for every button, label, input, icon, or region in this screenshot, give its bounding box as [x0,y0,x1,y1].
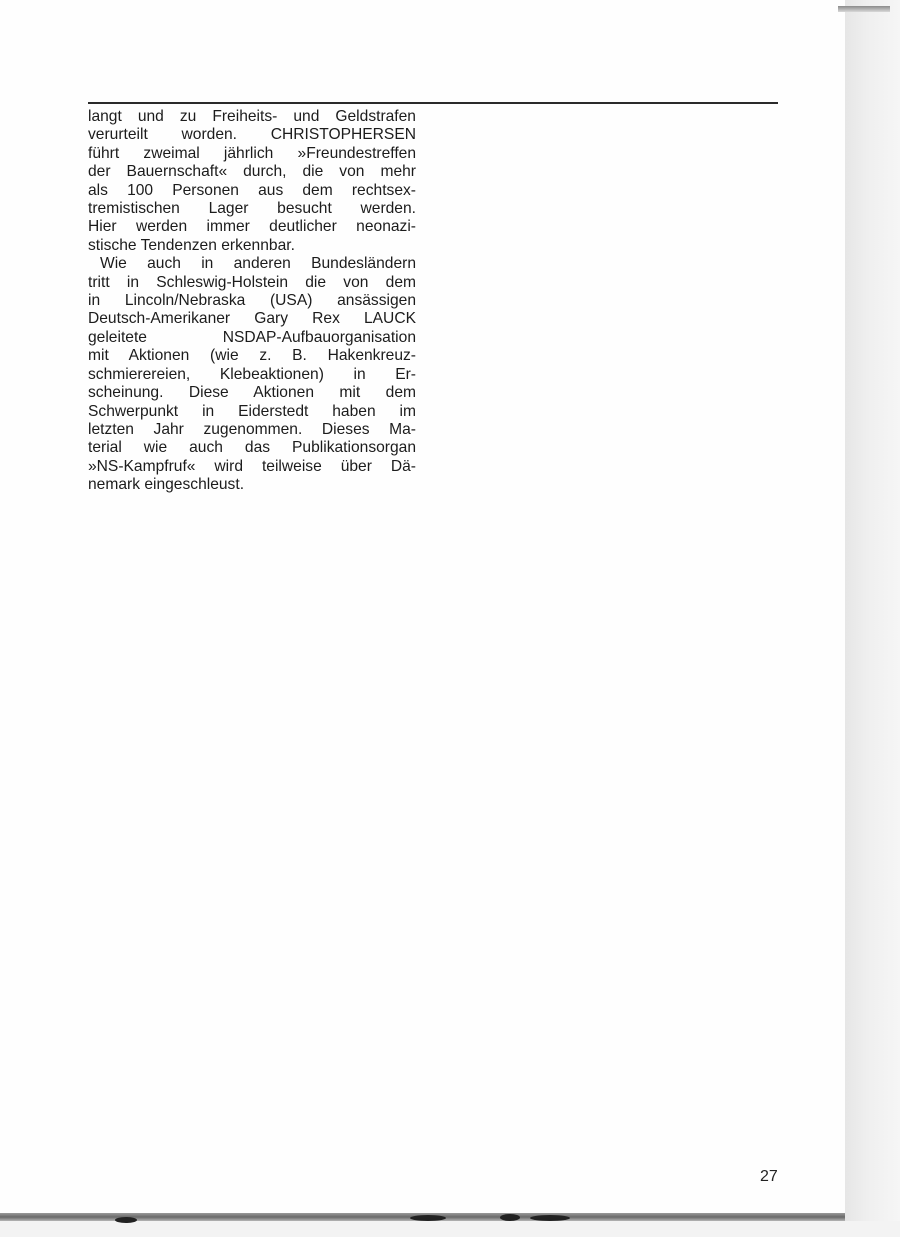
scan-artifact [500,1214,520,1221]
scan-artifact [410,1215,446,1221]
text-line: verurteilt worden. CHRISTOPHERSEN [88,126,416,144]
text-line: führt zweimal jährlich »Freundestreffen [88,145,416,163]
scan-artifact [530,1215,570,1221]
scan-margin [0,1221,900,1237]
text-line: in Lincoln/Nebraska (USA) ansässigen [88,292,416,310]
text-line: mit Aktionen (wie z. B. Hakenkreuz- [88,347,416,365]
text-line: der Bauernschaft« durch, die von mehr [88,163,416,181]
text-line: langt und zu Freiheits- und Geldstrafen [88,108,416,126]
text-line: stische Tendenzen erkennbar. [88,237,416,255]
text-line: letzten Jahr zugenommen. Dieses Ma- [88,421,416,439]
text-line: Hier werden immer deutlicher neonazi- [88,218,416,236]
header-rule [88,102,778,104]
document-page: langt und zu Freiheits- und Geldstrafen … [0,0,845,1215]
text-line: terial wie auch das Publikationsorgan [88,439,416,457]
page-edge-top [838,6,890,12]
text-line: geleitete NSDAP-Aufbauorganisation [88,329,416,347]
text-line: »NS-Kampfruf« wird teilweise über Dä- [88,458,416,476]
text-line: als 100 Personen aus dem rechtsex- [88,182,416,200]
paragraph-2: Wie auch in anderen Bundesländern tritt … [88,255,416,494]
paragraph-1: langt und zu Freiheits- und Geldstrafen … [88,108,416,255]
text-column: langt und zu Freiheits- und Geldstrafen … [88,108,416,495]
text-line: schmierereien, Klebeaktionen) in Er- [88,366,416,384]
text-line: nemark eingeschleust. [88,476,416,494]
text-line: Deutsch-Amerikaner Gary Rex LAUCK [88,310,416,328]
page-edge-shadow [845,0,900,1237]
scan-artifact [115,1217,137,1223]
text-line: tritt in Schleswig-Holstein die von dem [88,274,416,292]
page-number: 27 [760,1168,778,1186]
text-line: tremistischen Lager besucht werden. [88,200,416,218]
text-line: Wie auch in anderen Bundesländern [88,255,416,273]
text-line: Schwerpunkt in Eiderstedt haben im [88,403,416,421]
text-line: scheinung. Diese Aktionen mit dem [88,384,416,402]
